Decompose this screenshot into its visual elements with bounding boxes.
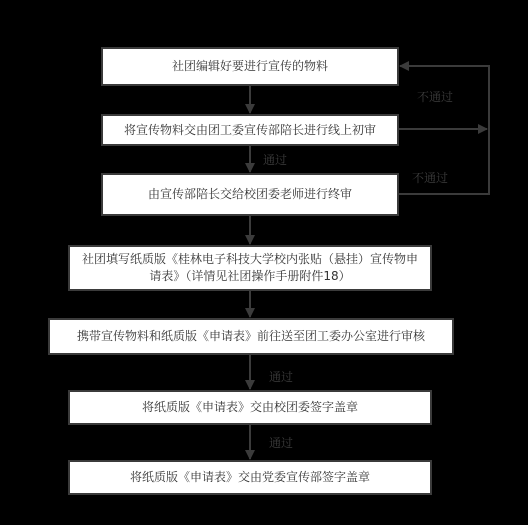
flow-node-school-committee-stamp: 将纸质版《申请表》交由校团委签字盖章 [68, 390, 432, 425]
node-text: 社团编辑好要进行宣传的物料 [172, 58, 328, 75]
node-text: 将宣传物料交由团工委宣传部陪长进行线上初审 [124, 122, 376, 139]
flow-node-fill-paper-form: 社团填写纸质版《桂林电子科技大学校内张贴（悬挂）宣传物申请表》（详情见社团操作手… [68, 245, 432, 291]
node-text: 由宣传部陪长交给校团委老师进行终审 [148, 186, 352, 203]
node-text: 社团填写纸质版《桂林电子科技大学校内张贴（悬挂）宣传物申请表》（详情见社团操作手… [82, 251, 418, 285]
edge-label-fail-1: 不通过 [417, 88, 453, 105]
node-text: 携带宣传物料和纸质版《申请表》前往送至团工委办公室进行审核 [77, 328, 425, 345]
flow-node-submit-to-office: 携带宣传物料和纸质版《申请表》前往送至团工委办公室进行审核 [48, 318, 454, 355]
flow-node-online-initial-review: 将宣传物料交由团工委宣传部陪长进行线上初审 [101, 114, 399, 146]
node-text: 将纸质版《申请表》交由党委宣传部签字盖章 [130, 469, 370, 486]
edge-label-pass-3: 通过 [269, 434, 293, 451]
node-text: 将纸质版《申请表》交由校团委签字盖章 [142, 399, 358, 416]
flow-node-final-review: 由宣传部陪长交给校团委老师进行终审 [101, 173, 399, 216]
edge-label-fail-2: 不通过 [412, 169, 448, 186]
edge-label-pass-2: 通过 [269, 368, 293, 385]
flow-node-party-committee-stamp: 将纸质版《申请表》交由党委宣传部签字盖章 [68, 460, 432, 495]
flow-node-edit-materials: 社团编辑好要进行宣传的物料 [101, 47, 399, 86]
edge-label-pass-1: 通过 [263, 151, 287, 168]
